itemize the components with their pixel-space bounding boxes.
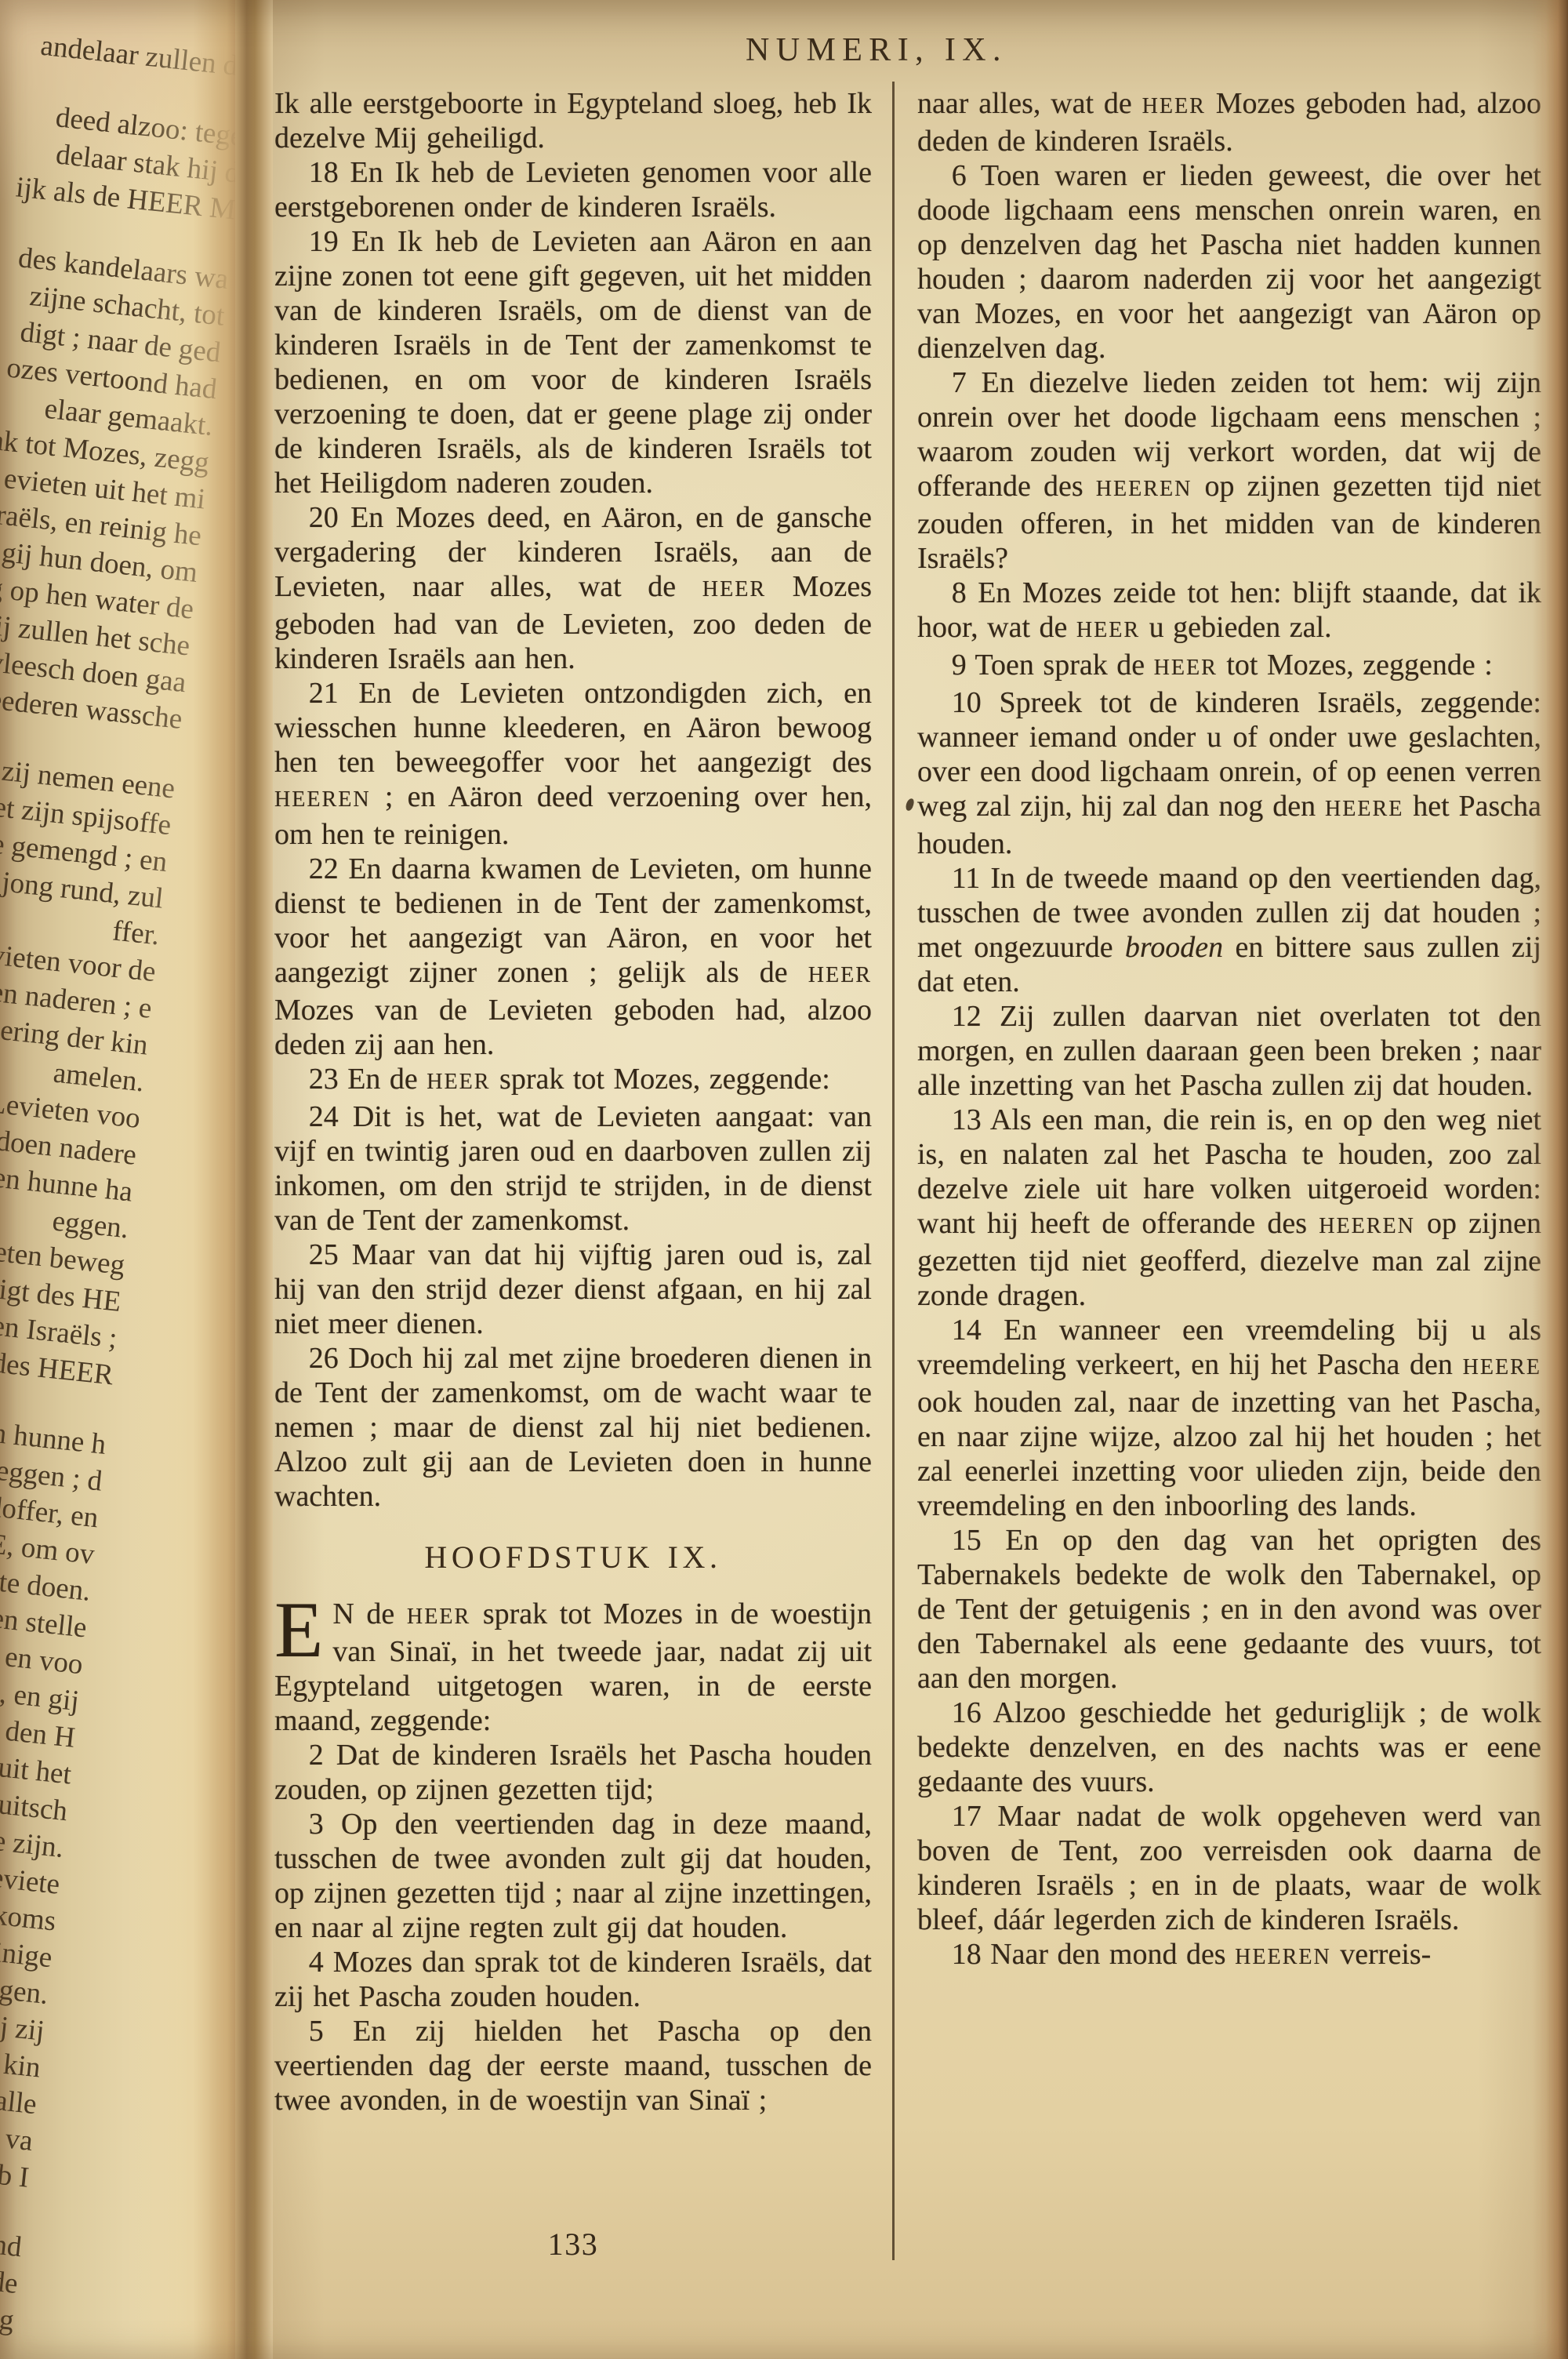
verse-paragraph: naar alles, wat de HEER Mozes geboden ha… (917, 86, 1541, 158)
verse-paragraph: 13 Als een man, die rein is, en op den w… (917, 1103, 1541, 1313)
verse-paragraph: 14 En wanneer een vreemdeling bij u als … (917, 1313, 1541, 1523)
text-run: 23 En de (309, 1063, 427, 1096)
small-caps-word: HEER (1154, 656, 1218, 680)
text-run: tot Mozes, zeggende : (1218, 649, 1493, 682)
verse-paragraph: 7 En diezelve lieden zeiden tot hem: wij… (917, 365, 1541, 576)
verse-paragraph: 18 Naar den mond des HEEREN verreis- (917, 1937, 1541, 1975)
book-page: NUMERI, IX. Ik alle eerstgeboorte in Egy… (273, 0, 1568, 2359)
small-caps-word: HEEREN (1235, 1945, 1331, 1969)
text-run: 15 En op den dag van het oprigten des Ta… (917, 1524, 1541, 1695)
verse-paragraph: 26 Doch hij zal met zijne broederen dien… (274, 1341, 872, 1514)
text-run: 14 En wanneer een vreemdeling bij u als … (917, 1314, 1541, 1381)
text-run: 6 Toen waren er lieden geweest, die over… (917, 159, 1541, 365)
verse-paragraph: 18 En Ik heb de Levieten genomen voor al… (274, 155, 872, 224)
text-column-left: Ik alle eerstgeboorte in Egypteland sloe… (274, 86, 872, 2117)
text-run: N de (332, 1598, 407, 1630)
text-run: 9 Toen sprak de (952, 649, 1154, 682)
page-curl-shadow (0, 0, 241, 2359)
text-run: 16 Alzoo geschiedde het geduriglijk ; de… (917, 1696, 1541, 1798)
text-run: brooden (1125, 931, 1223, 964)
verse-paragraph: 2 Dat de kinderen Israëls het Pascha hou… (274, 1738, 872, 1807)
small-caps-word: HEEREN (1319, 1214, 1415, 1238)
text-run: 26 Doch hij zal met zijne broederen dien… (274, 1342, 872, 1513)
text-run: 18 Naar den mond des (952, 1938, 1235, 1971)
verse-paragraph: 25 Maar van dat hij vijftig jaren oud is… (274, 1238, 872, 1341)
small-caps-word: HEEREN (1096, 477, 1192, 501)
page-crease-shadow (235, 0, 276, 2359)
small-caps-word: HEERE (1325, 797, 1403, 821)
text-run: 4 Mozes dan sprak tot de kinderen Israël… (274, 1946, 872, 2013)
small-caps-word: HEEREN (274, 787, 371, 812)
text-run: verreis- (1331, 1938, 1432, 1971)
small-caps-word: HEER (426, 1070, 490, 1094)
verse-paragraph: EN de HEER sprak tot Mozes in de woestij… (274, 1597, 872, 1738)
verse-paragraph: 23 En de HEER sprak tot Mozes, zeggende: (274, 1062, 872, 1100)
verse-paragraph: 21 En de Levieten ontzondigden zich, en … (274, 676, 872, 852)
verse-paragraph: 24 Dit is het, wat de Levieten aangaat: … (274, 1100, 872, 1238)
verse-paragraph: 22 En daarna kwamen de Levieten, om hunn… (274, 852, 872, 1062)
text-run: ook houden zal, naar de inzetting van he… (917, 1386, 1541, 1522)
text-run: 2 Dat de kinderen Israëls het Pascha hou… (274, 1739, 872, 1806)
text-run: u gebieden zal. (1140, 611, 1331, 644)
verse-paragraph: 11 In de tweede maand op den veertienden… (917, 861, 1541, 999)
text-run: naar alles, wat de (917, 87, 1142, 120)
text-run: 22 En daarna kwamen de Levieten, om hunn… (274, 852, 872, 989)
small-caps-word: HEER (407, 1605, 470, 1629)
text-column-right: naar alles, wat de HEER Mozes geboden ha… (917, 86, 1541, 1975)
small-caps-word: HEERE (1463, 1355, 1541, 1379)
text-run: 12 Zij zullen daarvan niet overlaten tot… (917, 1000, 1541, 1102)
verse-paragraph: 8 En Mozes zeide tot hen: blijft staande… (917, 576, 1541, 648)
column-divider (892, 82, 895, 2260)
drop-cap: E (274, 1597, 332, 1667)
text-run: 5 En zij hielden het Pascha op den veert… (274, 2015, 872, 2117)
verse-paragraph: Ik alle eerstgeboorte in Egypteland sloe… (274, 86, 872, 155)
verse-paragraph: 9 Toen sprak de HEER tot Mozes, zeggende… (917, 648, 1541, 685)
text-run: sprak tot Mozes, zeggende: (491, 1063, 830, 1096)
text-run: Mozes van de Levieten geboden had, alzoo… (274, 994, 872, 1061)
text-run: 21 En de Levieten ontzondigden zich, en … (274, 677, 872, 779)
verse-paragraph: 10 Spreek tot de kinderen Israëls, zegge… (917, 685, 1541, 861)
verse-paragraph: 19 En Ik heb de Levieten aan Aäron en aa… (274, 224, 872, 500)
book-fore-edge (1532, 0, 1568, 2359)
ink-blot (905, 798, 915, 812)
small-caps-word: HEER (702, 577, 766, 602)
small-caps-word: HEER (1076, 618, 1140, 642)
text-run: 19 En Ik heb de Levieten aan Aäron en aa… (274, 225, 872, 500)
previous-page-edge: andelaar zullen dedeed alzoo: tegedelaar… (0, 0, 241, 2359)
page-header-title: NUMERI, IX. (273, 31, 1480, 69)
text-run: Ik alle eerstgeboorte in Egypteland sloe… (274, 87, 872, 154)
verse-paragraph: 16 Alzoo geschiedde het geduriglijk ; de… (917, 1696, 1541, 1799)
page-number: 133 (274, 2226, 872, 2263)
text-run: 3 Op den veertienden dag in deze maand, … (274, 1808, 872, 1944)
text-run: 17 Maar nadat de wolk opgeheven werd van… (917, 1800, 1541, 1936)
verse-paragraph: 3 Op den veertienden dag in deze maand, … (274, 1807, 872, 1945)
verse-paragraph: 4 Mozes dan sprak tot de kinderen Israël… (274, 1945, 872, 2014)
verse-paragraph: 17 Maar nadat de wolk opgeheven werd van… (917, 1799, 1541, 1937)
verse-paragraph: 20 En Mozes deed, en Aäron, en de gansch… (274, 500, 872, 676)
verse-paragraph: 6 Toen waren er lieden geweest, die over… (917, 158, 1541, 365)
book-photo: andelaar zullen dedeed alzoo: tegedelaar… (0, 0, 1568, 2359)
text-run: 18 En Ik heb de Levieten genomen voor al… (274, 156, 872, 224)
text-run: 25 Maar van dat hij vijftig jaren oud is… (274, 1238, 872, 1340)
small-caps-word: HEER (808, 963, 872, 987)
verse-paragraph: 5 En zij hielden het Pascha op den veert… (274, 2014, 872, 2117)
small-caps-word: HEER (1142, 94, 1206, 118)
verse-paragraph: 15 En op den dag van het oprigten des Ta… (917, 1523, 1541, 1696)
verse-paragraph: 12 Zij zullen daarvan niet overlaten tot… (917, 999, 1541, 1103)
chapter-heading: HOOFDSTUK IX. (274, 1540, 872, 1575)
text-run: 24 Dit is het, wat de Levieten aangaat: … (274, 1100, 872, 1237)
